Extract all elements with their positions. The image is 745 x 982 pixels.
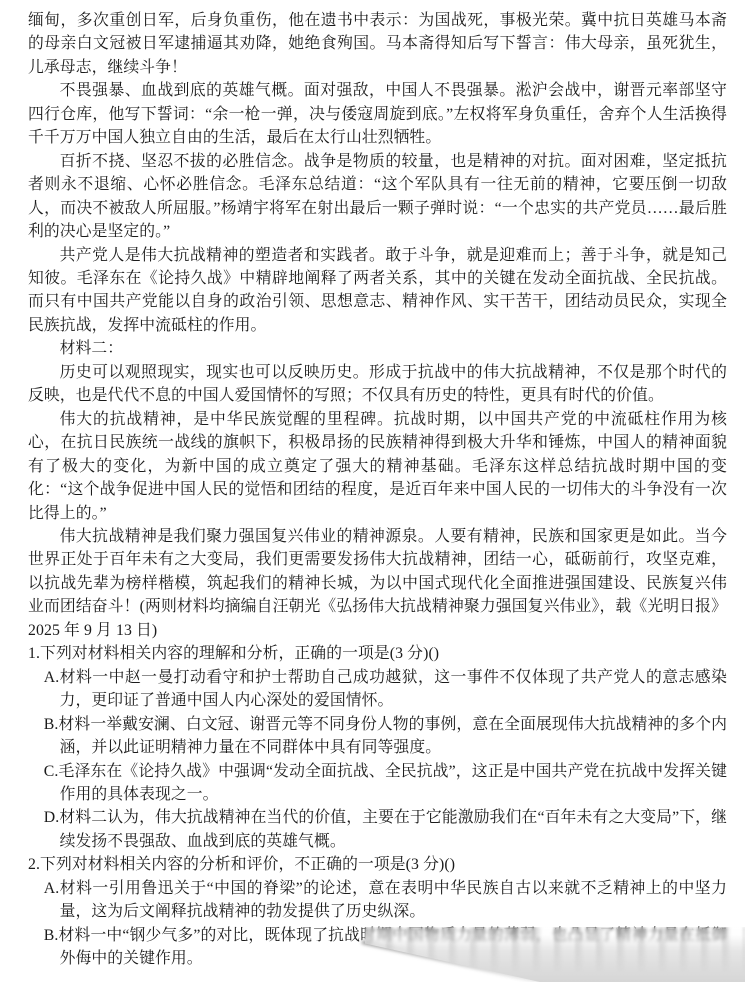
question-option: B.材料一中“钢少气多”的对比，既体现了抗战时期中国物质力量的薄弱，也凸显了精神… — [28, 924, 727, 971]
question-option: A.材料一引用鲁迅关于“中国的脊梁”的论述，意在表明中华民族自古以来就不乏精神上… — [28, 877, 727, 924]
exam-page: 缅甸，多次重创日军，后身负重伤，他在遗书中表示：为国战死，事极光荣。冀中抗日英雄… — [0, 0, 745, 982]
question-option: D.材料二认为，伟大抗战精神在当代的价值，主要在于它能激励我们在“百年未有之大变… — [28, 806, 727, 853]
question-option: A.材料一中赵一曼打动看守和护士帮助自己成功越狱，这一事件不仅体现了共产党人的意… — [28, 666, 727, 713]
paragraph: 伟大的抗战精神，是中华民族觉醒的里程碑。抗战时期，以中国共产党的中流砥柱作用为核… — [28, 408, 727, 525]
question-stem: 1.下列对材料相关内容的理解和分析，正确的一项是(3 分)() — [28, 642, 727, 665]
paragraph: 百折不挠、坚忍不拔的必胜信念。战争是物质的较量，也是精神的对抗。面对困难，坚定抵… — [28, 150, 727, 244]
paragraph: 共产党人是伟大抗战精神的塑造者和实践者。敢于斗争，就是迎难而上；善于斗争，就是知… — [28, 244, 727, 338]
question-stem: 2.下列对材料相关内容的分析和评价，不正确的一项是(3 分)() — [28, 853, 727, 876]
questions: 1.下列对材料相关内容的理解和分析，正确的一项是(3 分)()A.材料一中赵一曼… — [28, 642, 727, 970]
paragraph: 不畏强暴、血战到底的英雄气概。面对强敌，中国人不畏强暴。淞沪会战中，谢晋元率部坚… — [28, 79, 727, 149]
question-option: B.材料一举戴安澜、白文冠、谢晋元等不同身份人物的事例，意在全面展现伟大抗战精神… — [28, 713, 727, 760]
paragraph: 历史可以观照现实，现实也可以反映历史。形成于抗战中的伟大抗战精神，不仅是那个时代… — [28, 361, 727, 408]
paragraph: 材料二： — [28, 337, 727, 360]
paragraph: 缅甸，多次重创日军，后身负重伤，他在遗书中表示：为国战死，事极光荣。冀中抗日英雄… — [28, 9, 727, 79]
question-option: C.毛泽东在《论持久战》中强调“发动全面抗战、全民抗战”，这正是中国共产党在抗战… — [28, 760, 727, 807]
body-paragraphs: 缅甸，多次重创日军，后身负重伤，他在遗书中表示：为国战死，事极光荣。冀中抗日英雄… — [28, 9, 727, 642]
paragraph: 伟大抗战精神是我们聚力强国复兴伟业的精神源泉。人要有精神，民族和国家更是如此。当… — [28, 525, 727, 642]
